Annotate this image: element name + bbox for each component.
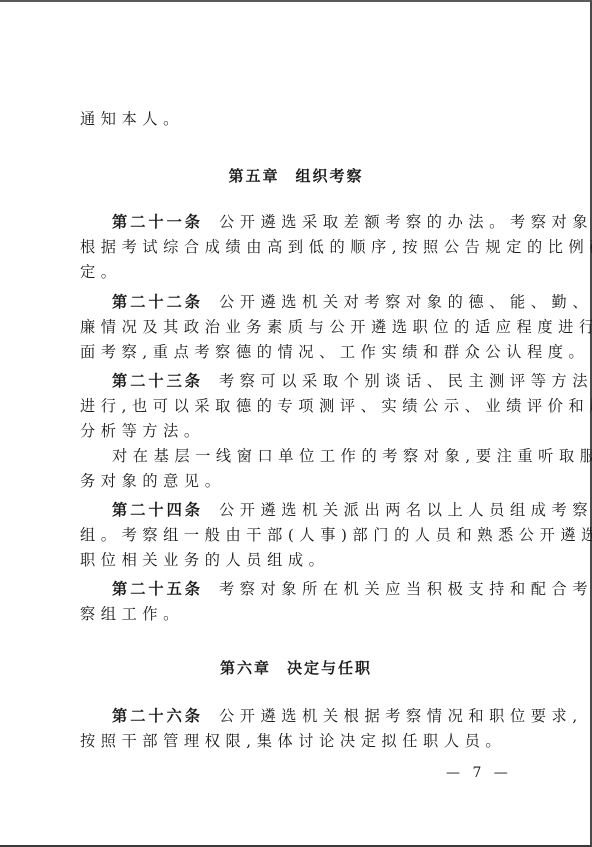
chapter-number: 第六章 bbox=[220, 659, 271, 677]
text-line: 分析等方法。 bbox=[80, 419, 520, 444]
text-line: 对在基层一线窗口单位工作的考察对象,要注重听取服 bbox=[80, 444, 520, 469]
article-label: 第二十五条 bbox=[112, 580, 203, 598]
document-page: 通知本人。 第五章组织考察 第二十一条公开遴选采取差额考察的办法。考察对象 根据… bbox=[0, 0, 592, 847]
page-number: — 7 — bbox=[446, 765, 512, 781]
chapter-heading-5: 第五章组织考察 bbox=[0, 165, 592, 186]
text-line: 组。考察组一般由干部(人事)部门的人员和熟悉公开遴选 bbox=[80, 523, 520, 548]
article-label: 第二十四条 bbox=[112, 501, 203, 519]
article-label: 第二十六条 bbox=[112, 707, 203, 725]
article-label: 第二十二条 bbox=[112, 293, 203, 311]
article-22: 第二十二条公开遴选机关对考察对象的德、能、勤、绩、 廉情况及其政治业务素质与公开… bbox=[80, 290, 520, 365]
chapter-heading-6: 第六章决定与任职 bbox=[0, 657, 592, 678]
text-line: 通知本人。 bbox=[80, 107, 520, 132]
article-21: 第二十一条公开遴选采取差额考察的办法。考察对象 根据考试综合成绩由高到低的顺序,… bbox=[80, 210, 520, 285]
text-line: 考察可以采取个别谈话、民主测评等方法 bbox=[219, 372, 592, 390]
article-label: 第二十三条 bbox=[112, 372, 203, 390]
text-line: 定。 bbox=[80, 260, 520, 285]
chapter-title: 组织考察 bbox=[296, 167, 364, 185]
text-line: 考察对象所在机关应当积极支持和配合考 bbox=[219, 580, 592, 598]
article-24: 第二十四条公开遴选机关派出两名以上人员组成考察 组。考察组一般由干部(人事)部门… bbox=[80, 498, 520, 573]
text-line: 公开遴选机关根据考察情况和职位要求, bbox=[219, 707, 583, 725]
text-line: 廉情况及其政治业务素质与公开遴选职位的适应程度进行全 bbox=[80, 315, 520, 340]
text-line: 职位相关业务的人员组成。 bbox=[80, 548, 520, 573]
text-line: 按照干部管理权限,集体讨论决定拟任职人员。 bbox=[80, 729, 520, 754]
text-line: 察组工作。 bbox=[80, 602, 520, 627]
text-line: 公开遴选采取差额考察的办法。考察对象 bbox=[219, 213, 592, 231]
chapter-title: 决定与任职 bbox=[287, 659, 372, 677]
article-25: 第二十五条考察对象所在机关应当积极支持和配合考 察组工作。 bbox=[80, 577, 520, 627]
text-line: 公开遴选机关对考察对象的德、能、勤、绩、 bbox=[219, 293, 592, 311]
chapter-number: 第五章 bbox=[228, 167, 279, 185]
article-26: 第二十六条公开遴选机关根据考察情况和职位要求, 按照干部管理权限,集体讨论决定拟… bbox=[80, 704, 520, 754]
article-23: 第二十三条考察可以采取个别谈话、民主测评等方法 进行,也可以采取德的专项测评、实… bbox=[80, 369, 520, 494]
text-line: 进行,也可以采取德的专项测评、实绩公示、业绩评价和履历 bbox=[80, 394, 520, 419]
article-label: 第二十一条 bbox=[112, 213, 203, 231]
text-line: 务对象的意见。 bbox=[80, 469, 520, 494]
text-line: 公开遴选机关派出两名以上人员组成考察 bbox=[219, 501, 592, 519]
intro-paragraph: 通知本人。 bbox=[80, 107, 520, 132]
text-line: 面考察,重点考察德的情况、工作实绩和群众公认程度。 bbox=[80, 340, 520, 365]
text-line: 根据考试综合成绩由高到低的顺序,按照公告规定的比例确 bbox=[80, 235, 520, 260]
